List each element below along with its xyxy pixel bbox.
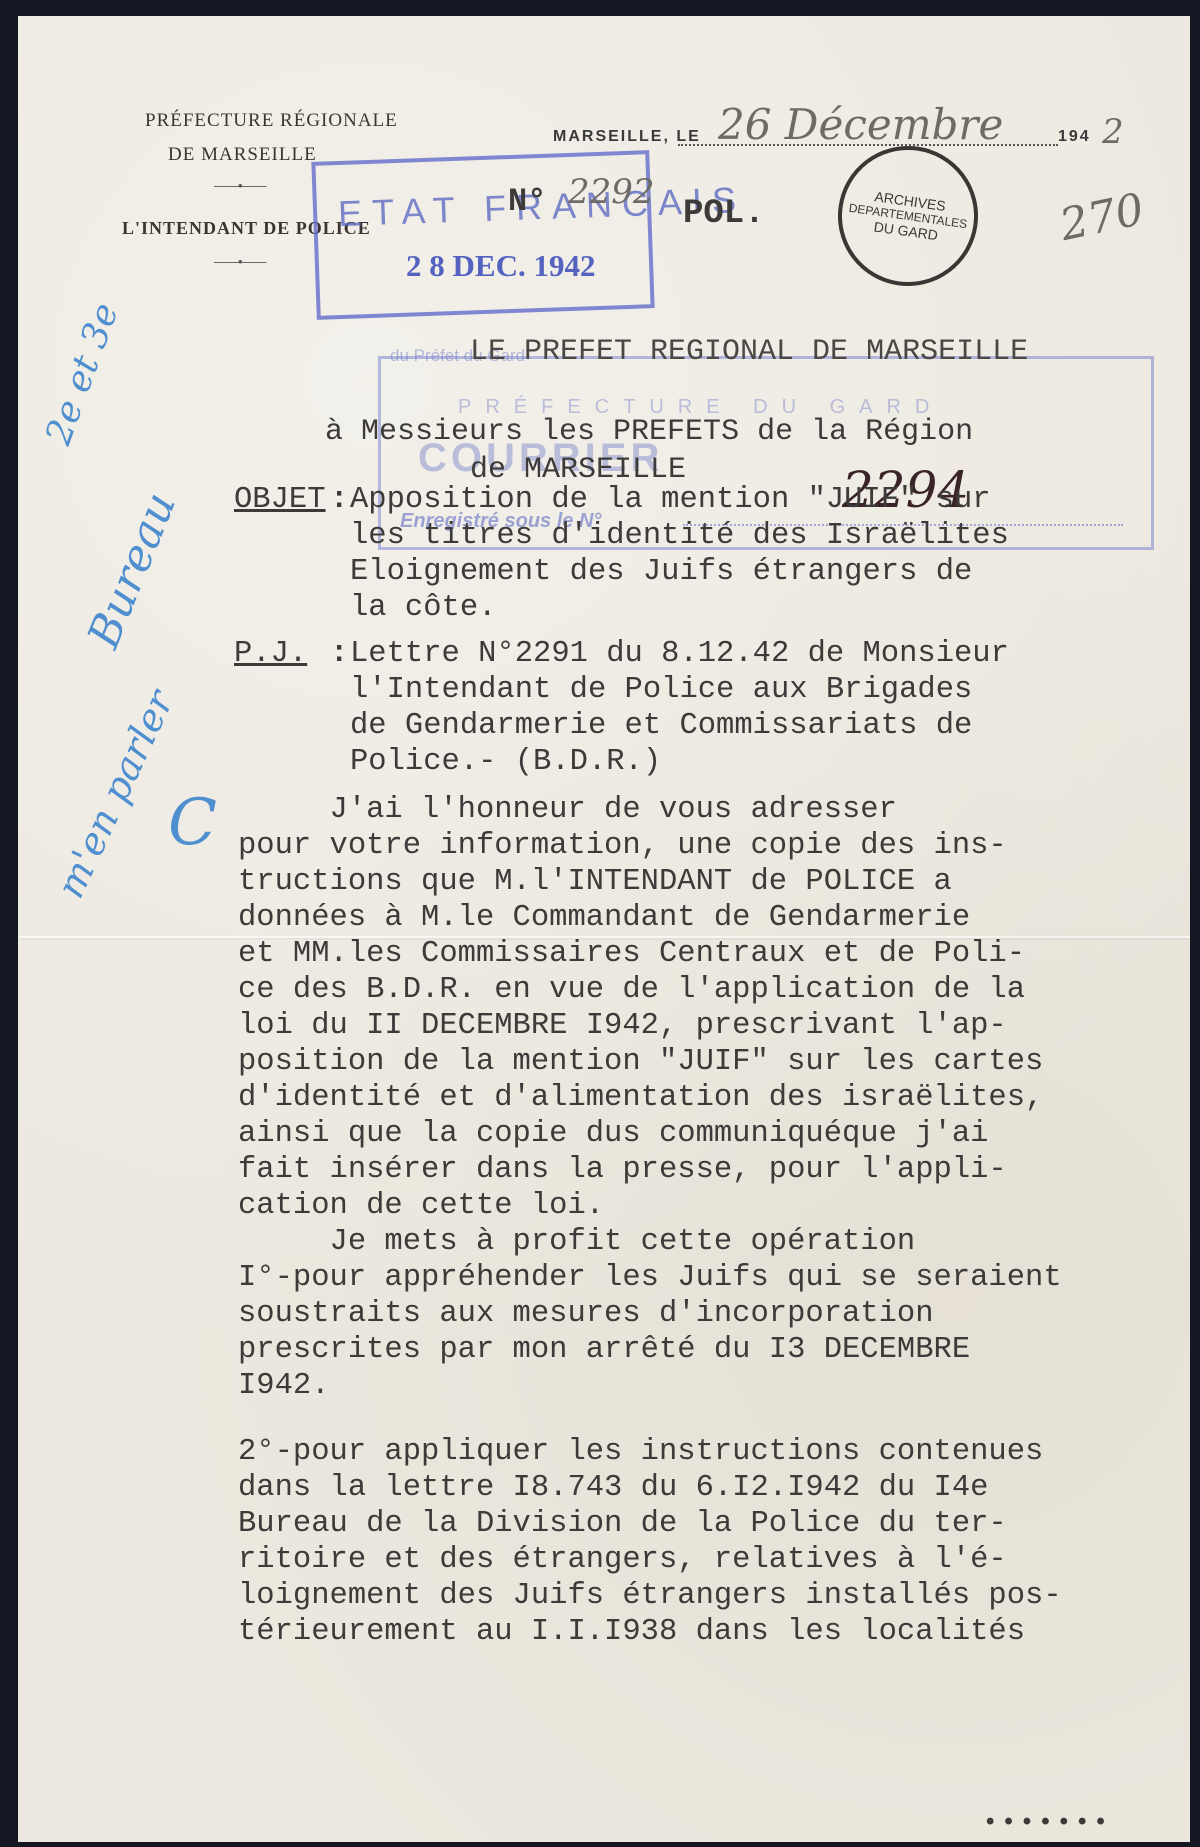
margin-note-initial: C xyxy=(168,786,217,860)
objet-line-4: la côte. xyxy=(350,590,496,626)
objet-separator: : xyxy=(330,482,348,518)
etat-francais-stamp-date: 2 8 DEC. 1942 xyxy=(406,248,595,284)
handwritten-date: 26 Décembre xyxy=(718,100,1003,149)
pj-label: P.J. xyxy=(234,636,307,672)
body-p3-line-4: ritoire et des étrangers, relatives à l'… xyxy=(238,1542,1007,1578)
pj-separator: : xyxy=(330,636,348,672)
pj-line-1: Lettre N°2291 du 8.12.42 de Monsieur xyxy=(350,636,1009,672)
body-p3-line-3: Bureau de la Division de la Police du te… xyxy=(238,1506,1007,1542)
body-p1-line-6: ce des B.D.R. en vue de l'application de… xyxy=(238,972,1025,1008)
body-p1-line-8: position de la mention "JUIF" sur les ca… xyxy=(238,1044,1043,1080)
body-p3-line-1: 2°-pour appliquer les instructions conte… xyxy=(238,1434,1043,1470)
objet-line-1: Apposition de la mention "JUIF" sur xyxy=(350,482,991,518)
body-p1-line-4: données à M.le Commandant de Gendarmerie xyxy=(238,900,970,936)
body-p1-line-11: fait insérer dans la presse, pour l'appl… xyxy=(238,1152,1007,1188)
body-p1-line-7: loi du II DECEMBRE I942, prescrivant l'a… xyxy=(238,1008,1007,1044)
document-page: PRÉFECTURE RÉGIONALE DE MARSEILLE ——•—— … xyxy=(18,16,1190,1842)
body-p3-line-6: térieurement au I.I.I938 dans les locali… xyxy=(238,1614,1025,1650)
body-p1-line-9: d'identité et d'alimentation des israëli… xyxy=(238,1080,1043,1116)
body-p2-line-4: prescrites par mon arrêté du I3 DECEMBRE xyxy=(238,1332,970,1368)
pj-line-2: l'Intendant de Police aux Brigades xyxy=(350,672,972,708)
recipient-line-1: à Messieurs les PREFETS de la Région xyxy=(325,414,973,450)
body-p1-line-1: J'ai l'honneur de vous adresser xyxy=(238,792,897,828)
body-p1-line-5: et MM.les Commissaires Centraux et de Po… xyxy=(238,936,1025,972)
body-p2-line-3: soustraits aux mesures d'incorporation xyxy=(238,1296,934,1332)
pj-line-4: Police.- (B.D.R.) xyxy=(350,744,661,780)
body-p1-line-2: pour votre information, une copie des in… xyxy=(238,828,1007,864)
letterhead-ornament: ——•—— xyxy=(214,178,266,193)
sender-line: LE PREFET REGIONAL DE MARSEILLE xyxy=(470,334,1028,370)
body-p1-line-12: cation de cette loi. xyxy=(238,1188,604,1224)
letterhead-ornament-2: ——•—— xyxy=(214,254,266,269)
body-p2-line-2: I°-pour appréhender les Juifs qui se ser… xyxy=(238,1260,1062,1296)
pj-line-3: de Gendarmerie et Commissariats de xyxy=(350,708,972,744)
handwritten-year-digit: 2 xyxy=(1102,112,1124,152)
body-p1-line-3: tructions que M.l'INTENDANT de POLICE a xyxy=(238,864,952,900)
body-p2-line-5: I942. xyxy=(238,1368,330,1404)
margin-note-line3: m'en parler xyxy=(48,683,182,904)
continuation-dots: ••••••• xyxy=(983,1806,1112,1842)
number-label: N° xyxy=(508,184,546,220)
objet-label: OBJET xyxy=(234,482,326,518)
pol-label: POL. xyxy=(683,196,765,232)
archives-gard-stamp: ARCHIVES DEPARTEMENTALES DU GARD xyxy=(829,137,987,295)
handwritten-reference-number: 2292 xyxy=(568,172,655,212)
margin-note-line2: Bureau xyxy=(78,485,186,655)
body-p2-line-1: Je mets à profit cette opération xyxy=(238,1224,915,1260)
body-p3-line-5: loignement des Juifs étrangers installés… xyxy=(238,1578,1062,1614)
date-year-prefix: 194 xyxy=(1058,128,1091,146)
objet-line-2: les titres d'identité des Israëlites xyxy=(350,518,1009,554)
body-p3-line-2: dans la lettre I8.743 du 6.I2.I942 du I4… xyxy=(238,1470,988,1506)
body-p1-line-10: ainsi que la copie dus communiquéque j'a… xyxy=(238,1116,988,1152)
archive-number-handwritten: 270 xyxy=(1056,184,1149,251)
letterhead-prefecture: PRÉFECTURE RÉGIONALE xyxy=(145,110,398,132)
margin-note-line1: 2e et 3e xyxy=(38,298,127,450)
letterhead-marseille: DE MARSEILLE xyxy=(168,144,317,166)
objet-line-3: Eloignement des Juifs étrangers de xyxy=(350,554,972,590)
